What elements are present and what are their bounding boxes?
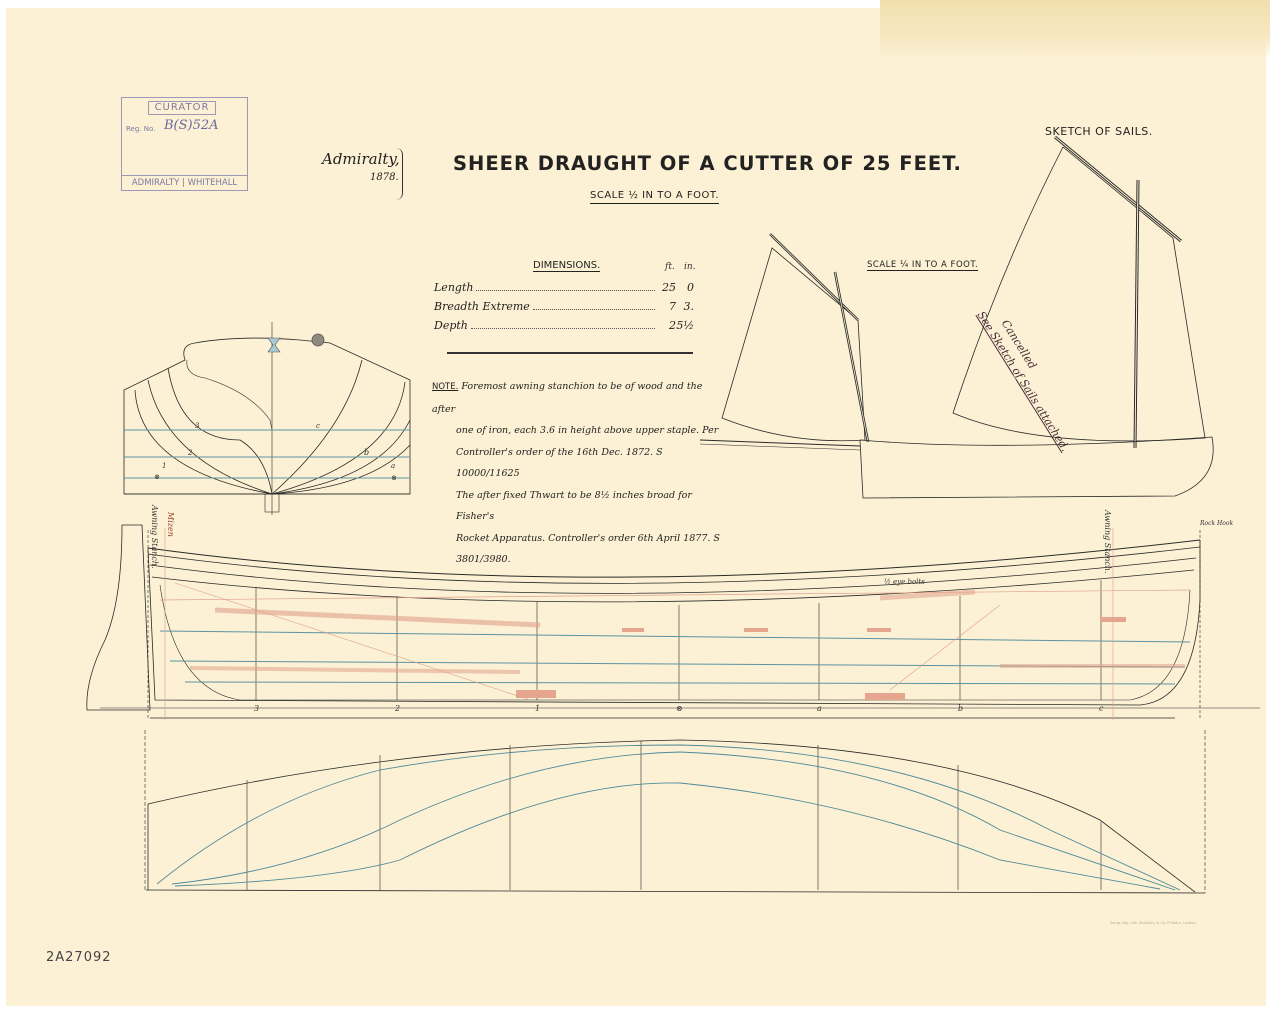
accession-number: 2A27092 <box>46 950 112 965</box>
body-station-label: ⊗ <box>154 473 160 481</box>
station-label: 1 <box>535 704 540 713</box>
sails-sketch <box>700 137 1213 498</box>
body-station-label: ⊗ <box>391 474 397 482</box>
printer-credit: Sangs Imp. Lith. Bradbury & Co. Printers… <box>1110 921 1196 925</box>
sheer-plan-waterlines <box>160 631 1190 684</box>
ship-drawings <box>0 0 1280 1011</box>
label-awning-stanchion-fwd: Awning Stanch. <box>1103 510 1112 574</box>
body-station-label: 3 <box>195 422 199 430</box>
station-label: b <box>958 704 963 713</box>
label-mizen: Mizen <box>166 512 175 537</box>
station-label: c <box>1099 704 1103 713</box>
station-label: 3 <box>254 704 259 713</box>
label-rock-hook: Rock Hook <box>1200 520 1233 527</box>
body-plan-fitting <box>268 334 324 352</box>
half-breadth-waterlines <box>157 745 1180 890</box>
body-station-label: 2 <box>188 449 192 457</box>
body-station-label: c <box>316 422 320 430</box>
body-station-label: b <box>364 448 369 457</box>
body-station-label: a <box>391 462 395 470</box>
body-station-label: 1 <box>162 462 166 470</box>
label-awning-stanchion-aft: Awning Stanch. <box>150 505 159 569</box>
sheer-plan <box>87 525 1260 720</box>
station-label: a <box>817 704 822 713</box>
station-label: ⊗ <box>676 704 683 713</box>
body-plan <box>124 322 410 515</box>
label-eye-bolts: ½ eye bolts <box>884 578 925 586</box>
station-label: 2 <box>395 704 400 713</box>
